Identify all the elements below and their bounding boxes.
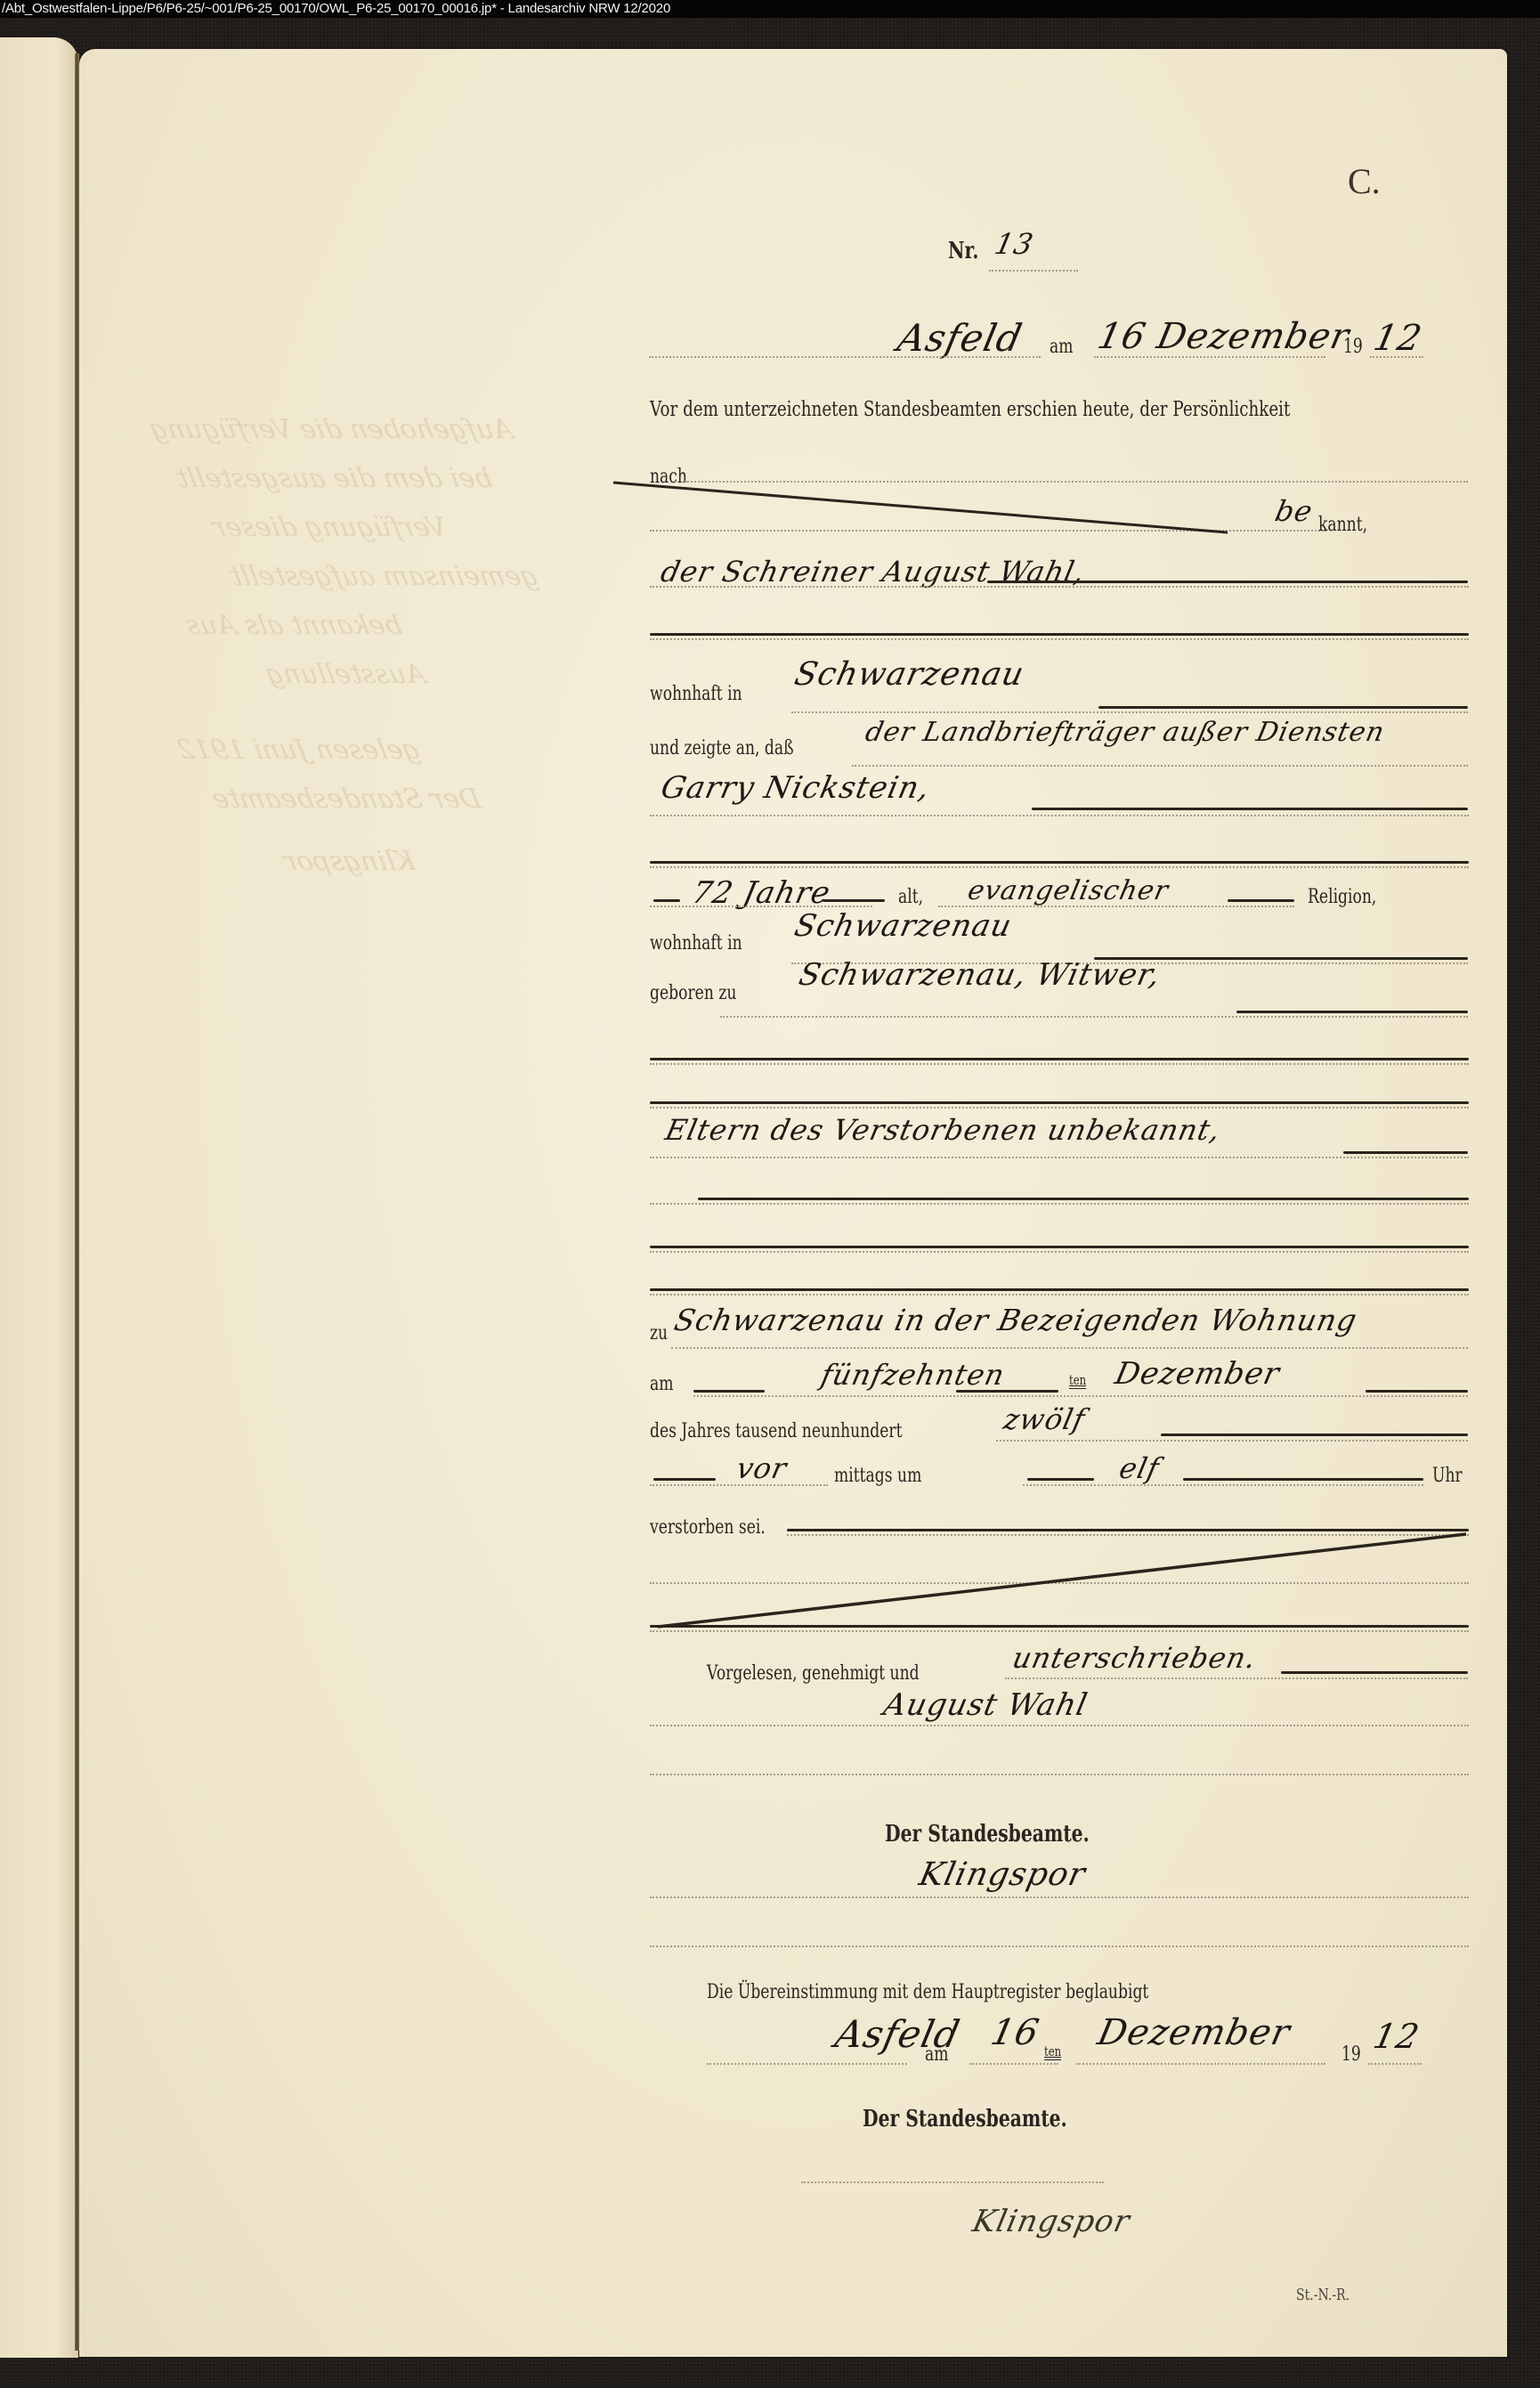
fill-stroke: [1281, 1671, 1468, 1674]
cert-year-suffix: 12: [1370, 2017, 1423, 2056]
vorgelesen-dotline: [1005, 1677, 1468, 1679]
form-code: St.-N.-R.: [1296, 2286, 1350, 2304]
cert-place-dotline: [707, 2063, 907, 2065]
cert-month: Dezember: [1094, 2012, 1294, 2053]
registrar-signature: Klingspor: [916, 1856, 1089, 1893]
registrar-2-dotline: [801, 2181, 1104, 2183]
registrar-signature-2: Klingspor: [969, 2204, 1133, 2239]
registrar-title-2: Der Standesbeamte.: [863, 2106, 1067, 2132]
register-page: Aufgehoben die Verfügung bei dem die aus…: [79, 49, 1507, 2357]
cert-year-prefix: 19: [1341, 2043, 1361, 2066]
window-title: /Abt_Ostwestfalen-Lippe/P6/P6-25/~001/P6…: [2, 1, 670, 16]
vorgelesen-value: unterschrieben.: [1009, 1641, 1260, 1675]
cert-am-label: am: [925, 2043, 949, 2066]
strike-lines: [79, 49, 1507, 2357]
signature-dotline: [650, 1725, 1469, 1726]
vorgelesen-label: Vorgelesen, genehmigt und: [707, 1662, 920, 1685]
registrar-dotline: [650, 1897, 1469, 1898]
cert-ten-label: ten: [1044, 2043, 1061, 2059]
blank-dotline: [650, 1774, 1469, 1775]
window-title-bar: /Abt_Ostwestfalen-Lippe/P6/P6-25/~001/P6…: [0, 0, 1540, 18]
left-page-edge: [0, 37, 78, 2358]
cert-day: 16: [987, 2012, 1043, 2053]
cert-day-dotline: [969, 2063, 1058, 2065]
informant-signature: August Wahl: [880, 1687, 1091, 1723]
certification-text: Die Übereinstimmung mit dem Hauptregiste…: [707, 1981, 1148, 2003]
cert-month-dotline: [1076, 2063, 1325, 2065]
blank-dotline: [650, 1945, 1469, 1947]
registrar-title: Der Standesbeamte.: [885, 1821, 1090, 1848]
cert-year-dotline: [1368, 2063, 1422, 2065]
